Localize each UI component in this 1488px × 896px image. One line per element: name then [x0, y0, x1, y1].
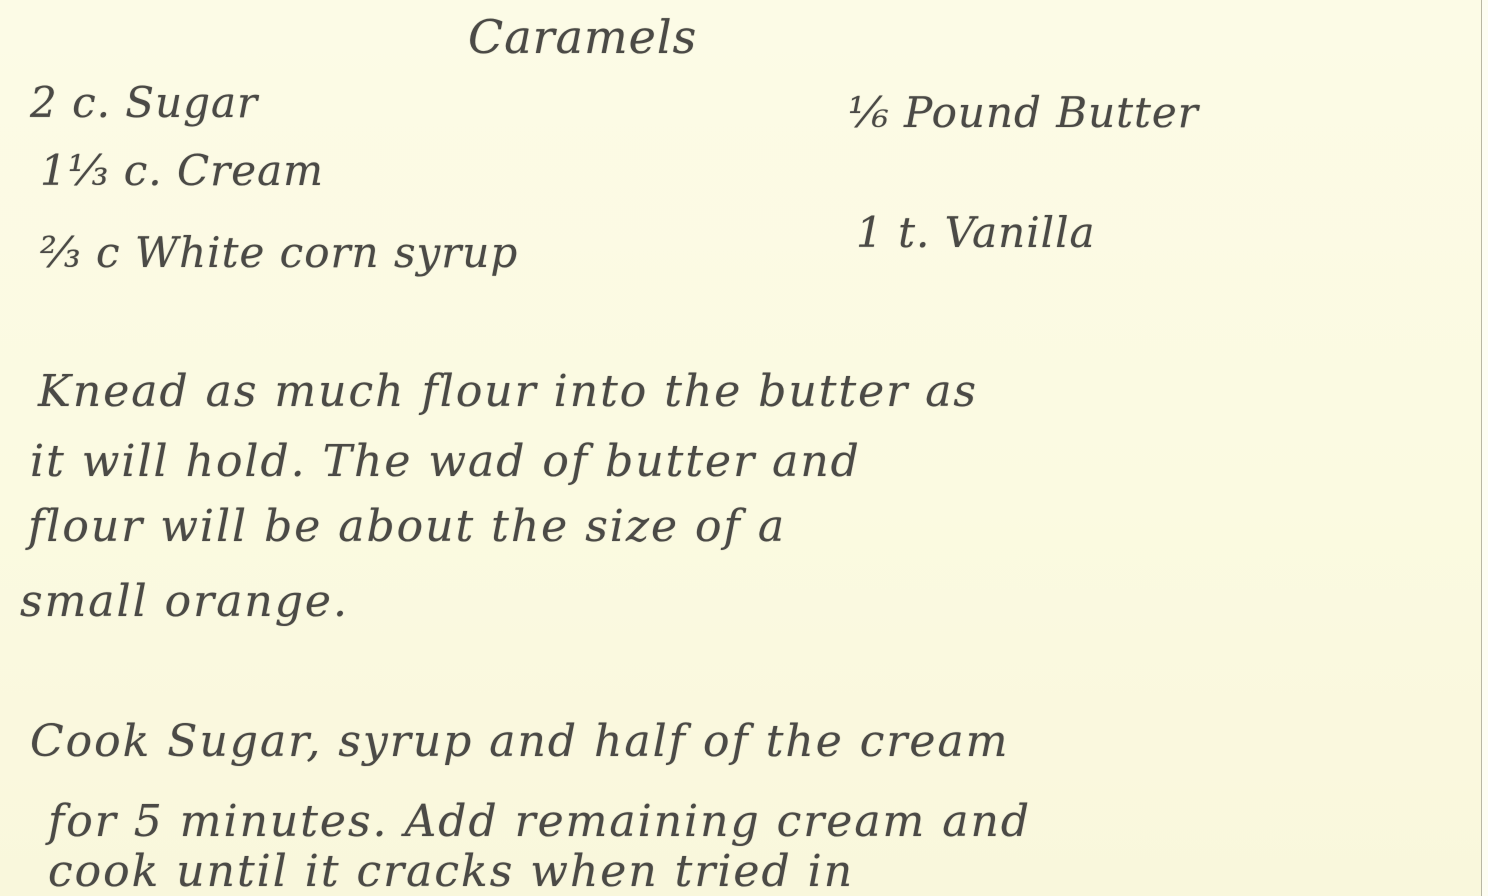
ingredient-sugar: 2 c. Sugar	[30, 82, 258, 124]
direction-line: flour will be about the size of a	[28, 505, 786, 549]
ingredient-cream: 1⅓ c. Cream	[40, 150, 324, 192]
recipe-card: Caramels 2 c. Sugar 1⅓ c. Cream ⅔ c Whit…	[0, 0, 1482, 896]
direction-line: for 5 minutes. Add remaining cream and	[48, 800, 1031, 844]
direction-line: Knead as much flour into the butter as	[38, 370, 978, 414]
ingredient-vanilla: 1 t. Vanilla	[856, 212, 1096, 254]
direction-line: cook until it cracks when tried in	[48, 850, 854, 894]
ingredient-butter: ⅙ Pound Butter	[848, 92, 1199, 134]
ingredient-corn-syrup: ⅔ c White corn syrup	[40, 232, 518, 274]
scan-margin	[1482, 0, 1488, 896]
direction-line: small orange.	[20, 580, 349, 624]
direction-line: Cook Sugar, syrup and half of the cream	[30, 720, 1009, 764]
direction-line: it will hold. The wad of butter and	[30, 440, 861, 484]
recipe-title: Caramels	[468, 14, 697, 60]
